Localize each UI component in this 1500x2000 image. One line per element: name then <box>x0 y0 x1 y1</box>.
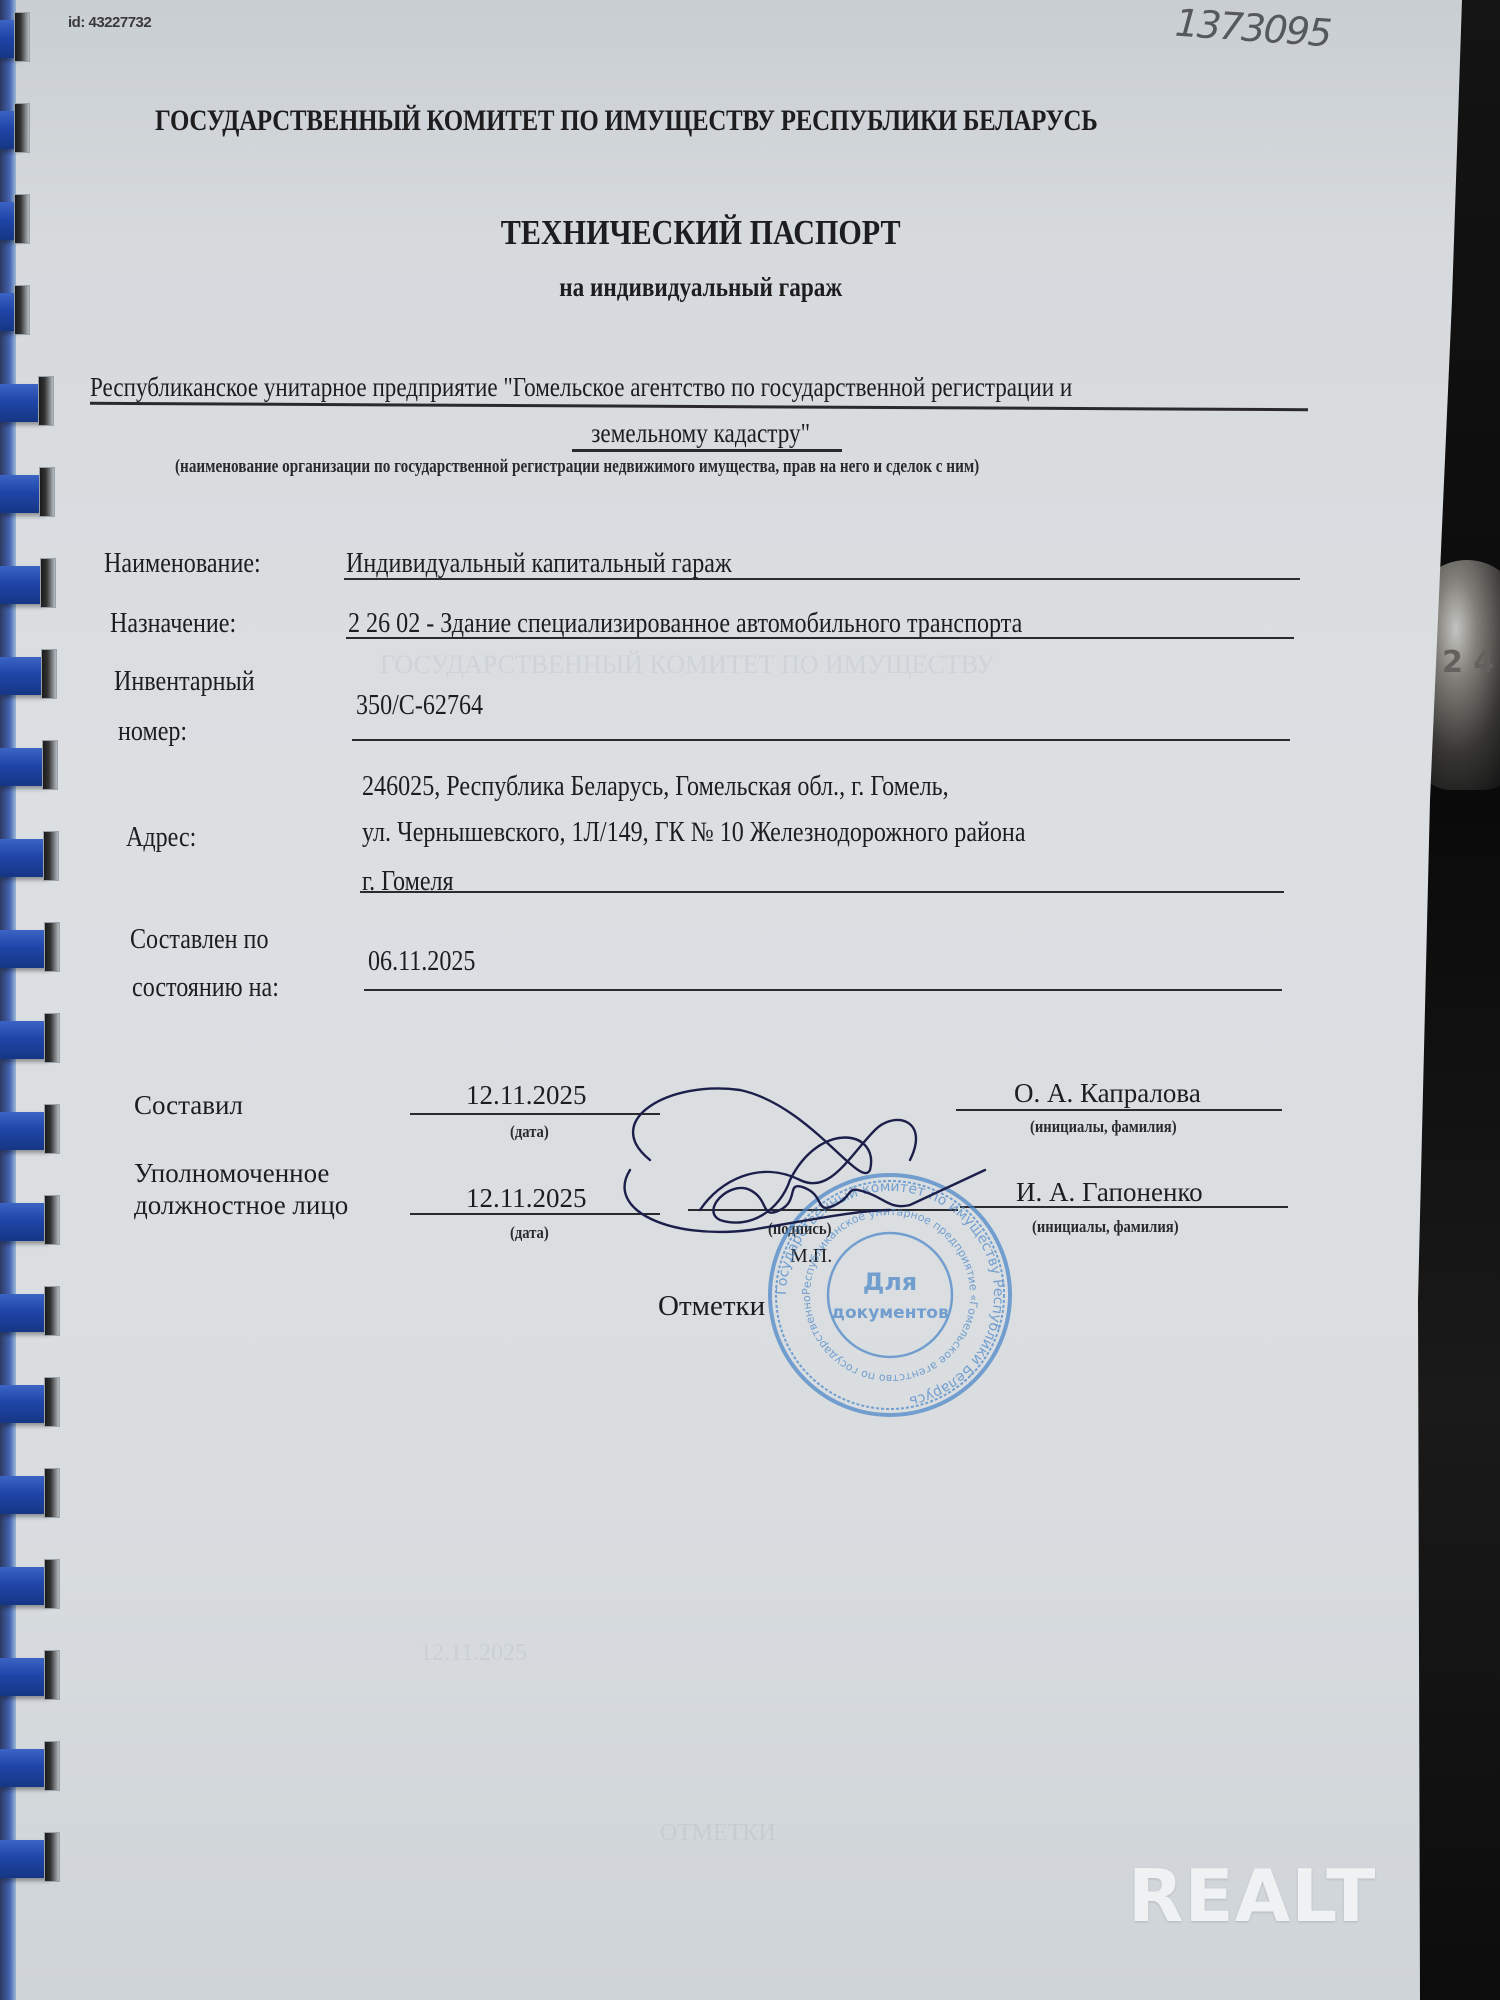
binding-ring <box>0 1749 50 1787</box>
binding-ring <box>0 20 20 58</box>
binding-ring <box>0 384 44 422</box>
binding-ring <box>0 1476 50 1514</box>
gear-knob-label: 2 4 <box>1442 645 1494 680</box>
binding-ring <box>0 1203 50 1241</box>
show-through-text: 12.11.2025 <box>420 1640 527 1667</box>
realt-watermark: REALT <box>1128 1854 1376 1938</box>
authorized-date: 12.11.2025 <box>466 1183 587 1214</box>
organization-underline <box>90 402 1308 411</box>
binding-ring <box>0 1021 50 1059</box>
field-value-name: Индивидуальный капитальный гараж <box>346 548 732 580</box>
name-caption: (инициалы, фамилия) <box>1032 1217 1179 1237</box>
field-value-purpose: 2 26 02 - Здание специализированное авто… <box>348 608 1022 640</box>
handwritten-signature <box>610 1060 990 1240</box>
organization-line-2: земельному кадастру" <box>99 418 1303 449</box>
binding-ring <box>0 748 48 786</box>
field-label-name: Наименование: <box>104 548 261 580</box>
binding-ring <box>0 839 49 877</box>
authorized-name: И. А. Гапоненко <box>1016 1177 1203 1208</box>
name-underline <box>956 1109 1282 1111</box>
document-subtitle: на индивидуальный гараж <box>99 272 1303 303</box>
binding-ring <box>0 202 20 240</box>
stamp-center-line-1: Для <box>863 1268 917 1296</box>
show-through-text: ОТМЕТКИ <box>660 1820 776 1847</box>
field-label-address: Адрес: <box>126 822 196 854</box>
spiral-binding <box>0 0 80 2000</box>
document-page: ГОСУДАРСТВЕННЫЙ КОМИТЕТ ПО ИМУЩЕСТВУ 12.… <box>0 0 1500 2000</box>
show-through-text: ГОСУДАРСТВЕННЫЙ КОМИТЕТ ПО ИМУЩЕСТВУ <box>380 650 994 680</box>
issuing-committee: ГОСУДАРСТВЕННЫЙ КОМИТЕТ ПО ИМУЩЕСТВУ РЕС… <box>155 104 1097 138</box>
organization-caption: (наименование организации по государстве… <box>175 456 979 478</box>
date-caption: (дата) <box>510 1122 549 1142</box>
document-id: id: 43227732 <box>68 14 151 31</box>
stamp-center-line-2: документов <box>831 1303 949 1323</box>
compiled-name: О. А. Капралова <box>1014 1078 1201 1109</box>
field-underline <box>344 578 1300 580</box>
field-underline <box>364 989 1282 991</box>
binding-ring <box>0 1294 50 1332</box>
binding-ring <box>0 111 20 149</box>
field-value-inventory: 350/С-62764 <box>356 690 483 722</box>
field-underline <box>346 637 1294 639</box>
binding-ring <box>0 657 47 695</box>
field-label-state-date-1: Составлен по <box>130 924 268 956</box>
field-value-address-1: 246025, Республика Беларусь, Гомельская … <box>362 771 949 803</box>
binding-ring <box>0 1567 50 1605</box>
authorized-label-1: Уполномоченное <box>134 1158 329 1189</box>
authorized-label-2: должностное лицо <box>134 1190 348 1221</box>
handwritten-number: 1373095 <box>1174 1 1332 56</box>
organization-underline <box>572 449 842 452</box>
field-label-state-date-2: состоянию на: <box>132 972 279 1004</box>
binding-ring <box>0 475 45 513</box>
field-value-state-date: 06.11.2025 <box>368 946 475 978</box>
field-value-address-3: г. Гомеля <box>362 866 454 898</box>
notes-label: Отметки <box>658 1290 765 1323</box>
field-underline <box>352 739 1290 741</box>
field-label-inventory-1: Инвентарный <box>114 666 255 698</box>
binding-ring <box>0 566 46 604</box>
field-label-purpose: Назначение: <box>110 608 236 640</box>
organization-line-1: Республиканское унитарное предприятие "Г… <box>90 372 1072 403</box>
binding-ring <box>0 1385 50 1423</box>
date-caption: (дата) <box>510 1223 549 1243</box>
name-caption: (инициалы, фамилия) <box>1030 1117 1177 1137</box>
binding-ring <box>0 293 20 331</box>
document-title: ТЕХНИЧЕСКИЙ ПАСПОРТ <box>99 213 1303 253</box>
binding-ring <box>0 1658 50 1696</box>
compiled-by-label: Составил <box>134 1090 243 1121</box>
binding-ring <box>0 1840 50 1878</box>
field-underline <box>360 891 1284 893</box>
binding-ring <box>0 930 50 968</box>
binding-ring <box>0 1112 50 1150</box>
field-label-inventory-2: номер: <box>118 716 187 748</box>
field-value-address-2: ул. Чернышевского, 1Л/149, ГК № 10 Желез… <box>362 817 1026 849</box>
compiled-date: 12.11.2025 <box>466 1080 587 1111</box>
